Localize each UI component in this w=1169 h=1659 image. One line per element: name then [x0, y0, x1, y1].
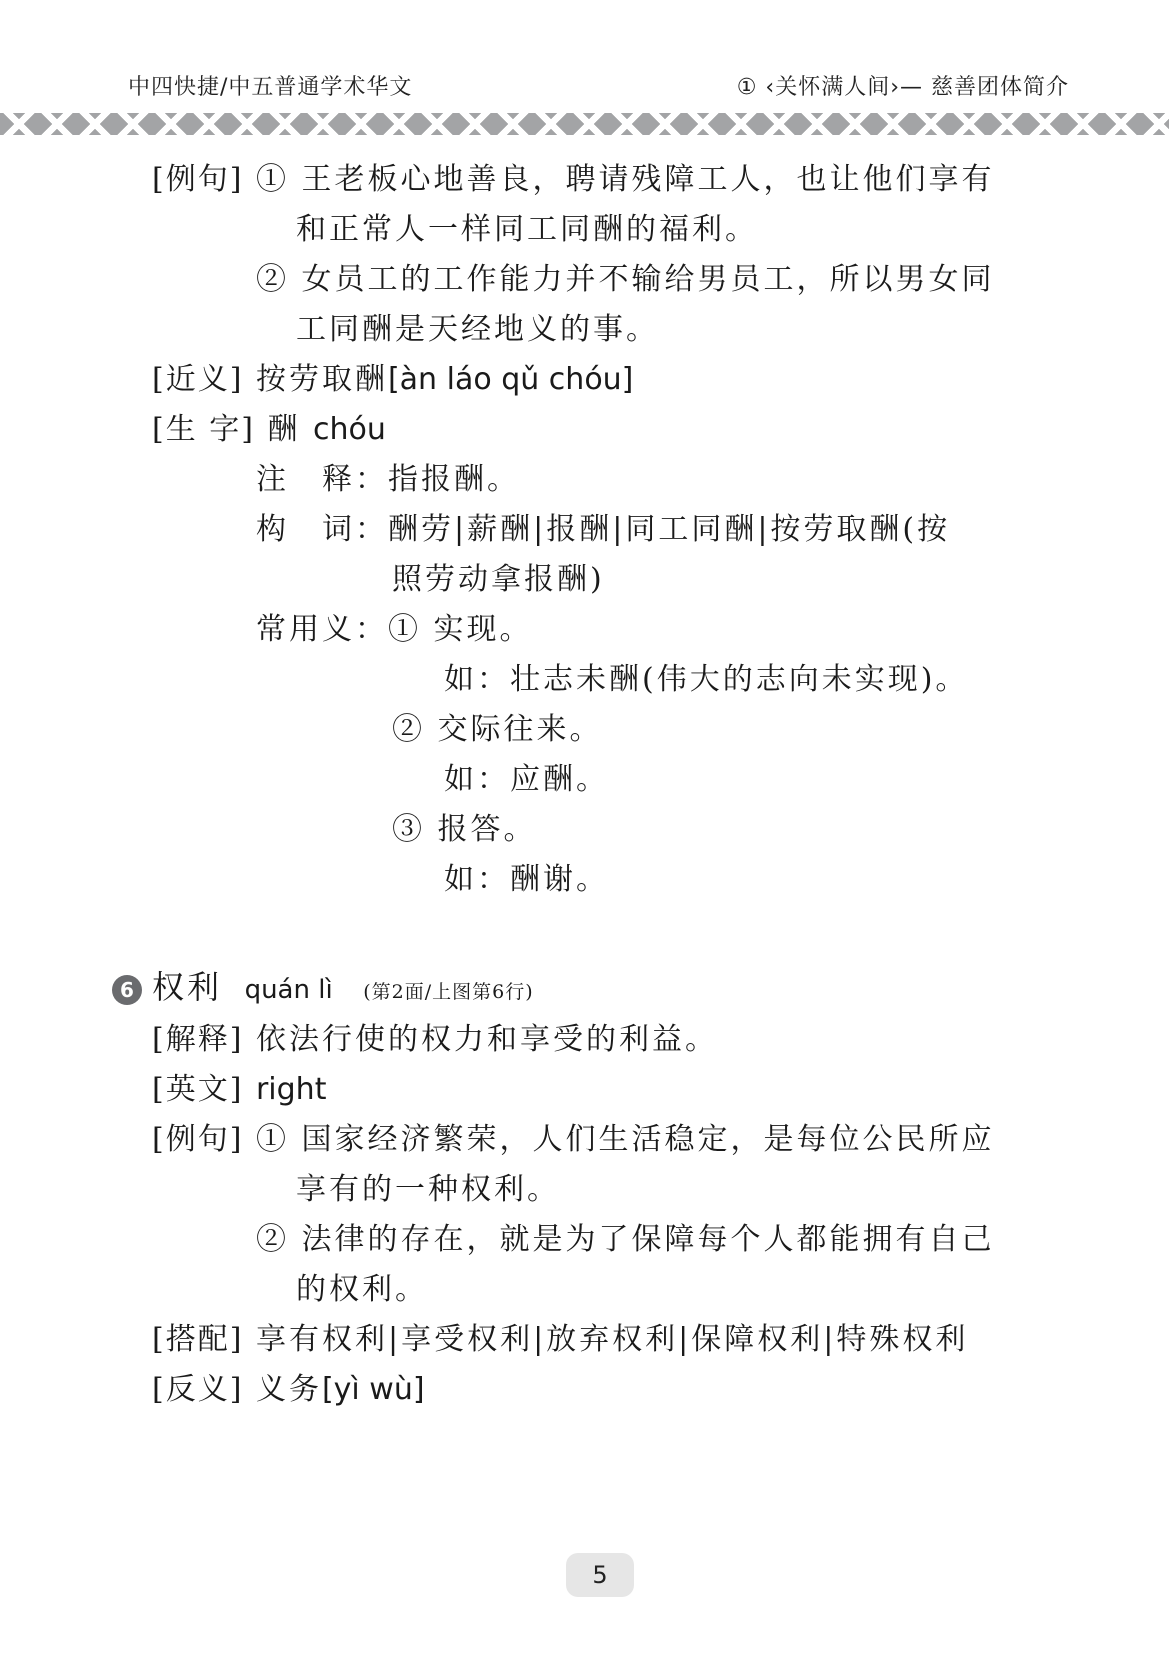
example-text: 国家经济繁荣，人们生活稳定，是每位公民所应 [302, 1122, 995, 1157]
meaning-row-3: ③ 报答。 [392, 810, 537, 850]
example-text: 王老板心地善良，聘请残障工人，也让他们享有 [302, 162, 995, 197]
entry-number-badge: 6 [112, 975, 142, 1005]
english-label: [英文] [152, 1072, 243, 1107]
char-label: [生 字] [152, 412, 255, 447]
meaning-row-2: ② 交际往来。 [392, 710, 603, 750]
example-row-1: [例句] ① 国家经济繁荣，人们生活稳定，是每位公民所应 [152, 1120, 995, 1160]
example-row-1: [例句] ① 王老板心地善良，聘请残障工人，也让他们享有 [152, 160, 995, 200]
example-num: ② [256, 1222, 289, 1257]
meaning-example: 如：壮志未酬(伟大的志向未实现)。 [444, 660, 968, 700]
synonym-word: 按劳取酬 [256, 362, 388, 397]
example-num: ② [256, 262, 289, 297]
words-text-cont: 照劳动拿报酬) [392, 560, 605, 600]
entry-reference: (第2面/上图第6行) [363, 981, 533, 1003]
entry-word: 权利 [152, 968, 222, 1006]
header-book-title: 中四快捷/中五普通学术华文 [128, 70, 412, 101]
english-row: [英文] right [152, 1070, 326, 1110]
antonym-word: 义务 [256, 1372, 322, 1407]
synonym-pinyin: [àn láo qǔ chóu] [388, 362, 633, 397]
examples-label: [例句] [152, 1122, 243, 1157]
words-text: 酬劳|薪酬|报酬|同工同酬|按劳取酬(按 [388, 512, 950, 547]
char-row: [生 字] 酬 chóu [152, 410, 386, 450]
annotation-text: 指报酬。 [388, 462, 520, 497]
example-text: 女员工的工作能力并不输给男员工，所以男女同 [302, 262, 995, 297]
example-text: 法律的存在，就是为了保障每个人都能拥有自己 [302, 1222, 995, 1257]
meaning-example: 如：应酬。 [444, 760, 609, 800]
definition-label: [解释] [152, 1022, 243, 1057]
meaning-example: 如：酬谢。 [444, 860, 609, 900]
synonym-row: [近义] 按劳取酬[àn láo qǔ chóu] [152, 360, 633, 400]
example-text-cont: 和正常人一样同工同酬的福利。 [296, 210, 758, 250]
antonym-label: [反义] [152, 1372, 243, 1407]
example-text-cont: 工同酬是天经地义的事。 [296, 310, 659, 350]
entry-pinyin: quán lì [245, 975, 333, 1005]
example-text-cont: 享有的一种权利。 [296, 1170, 560, 1210]
page-number: 5 [566, 1553, 634, 1597]
examples-label: [例句] [152, 162, 243, 197]
collocation-row: [搭配] 享有权利|享受权利|放弃权利|保障权利|特殊权利 [152, 1320, 968, 1360]
example-num: ① [256, 162, 289, 197]
annotation-row: 注 释：指报酬。 [256, 460, 520, 500]
meaning-num: ② [392, 712, 425, 747]
meaning-num: ③ [392, 812, 425, 847]
char: 酬 [268, 412, 301, 447]
example-row-2: ② 法律的存在，就是为了保障每个人都能拥有自己 [256, 1220, 995, 1260]
char-pinyin: chóu [313, 412, 386, 447]
header-chapter-title: ① ‹关怀满人间›— 慈善团体简介 [737, 70, 1069, 101]
annotation-label: 注 释： [256, 462, 388, 497]
meaning-text: 实现。 [434, 612, 533, 647]
entry-heading: 6权利 quán lì (第2面/上图第6行) [112, 967, 534, 1012]
collocation-label: [搭配] [152, 1322, 243, 1357]
english-text: right [256, 1072, 327, 1107]
words-row: 构 词：酬劳|薪酬|报酬|同工同酬|按劳取酬(按 [256, 510, 950, 550]
example-row-2: ② 女员工的工作能力并不输给男员工，所以男女同 [256, 260, 995, 300]
synonym-label: [近义] [152, 362, 243, 397]
example-text-cont: 的权利。 [296, 1270, 428, 1310]
antonym-pinyin: [yì wù] [322, 1372, 425, 1407]
definition-text: 依法行使的权力和享受的利益。 [256, 1022, 718, 1057]
collocation-text: 享有权利|享受权利|放弃权利|保障权利|特殊权利 [256, 1322, 968, 1357]
meaning-row-1: 常用义：① 实现。 [256, 610, 533, 650]
decorative-band [0, 113, 1169, 135]
meanings-label: 常用义： [256, 612, 388, 647]
meaning-num: ① [388, 612, 421, 647]
example-num: ① [256, 1122, 289, 1157]
meaning-text: 报答。 [438, 812, 537, 847]
antonym-row: [反义] 义务[yì wù] [152, 1370, 425, 1410]
words-label: 构 词： [256, 512, 388, 547]
meaning-text: 交际往来。 [438, 712, 603, 747]
definition-row: [解释] 依法行使的权力和享受的利益。 [152, 1020, 718, 1060]
